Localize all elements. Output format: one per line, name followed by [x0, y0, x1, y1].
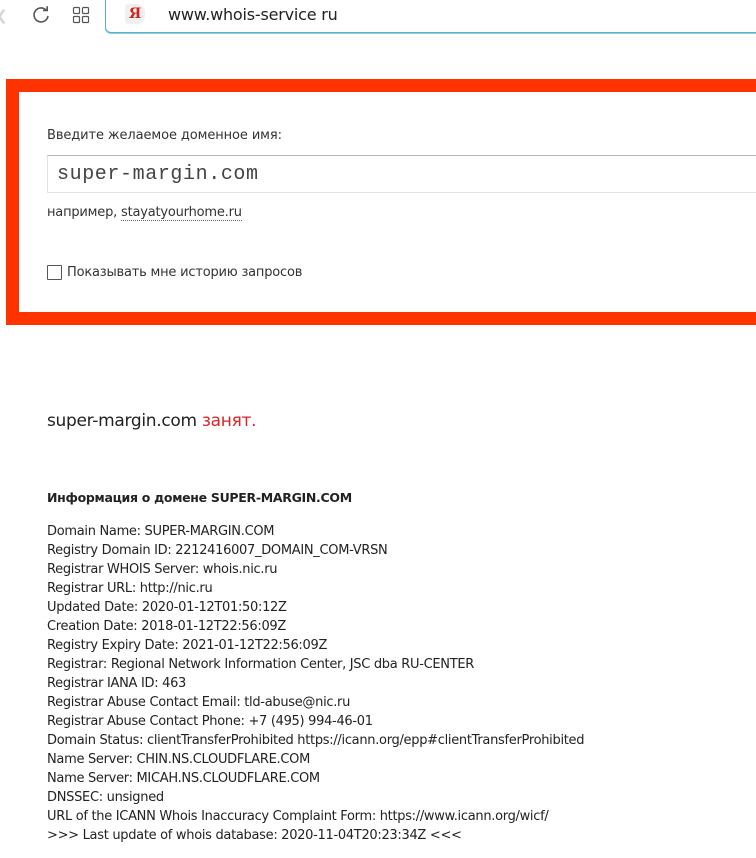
whois-record: Domain Name: SUPER-MARGIN.COMRegistry Do… [47, 522, 584, 845]
reload-icon[interactable] [31, 4, 51, 26]
tabs-grid-icon[interactable] [72, 6, 90, 24]
whois-line: Updated Date: 2020-01-12T01:50:12Z [47, 598, 584, 617]
domain-search-form [6, 79, 756, 325]
whois-line: Registry Expiry Date: 2021-01-12T22:56:0… [47, 636, 584, 655]
whois-line: DNSSEC: unsigned [47, 788, 584, 807]
availability-result: super-margin.com занят. [47, 411, 256, 431]
history-checkbox[interactable] [47, 265, 62, 280]
whois-line: Domain Status: clientTransferProhibited … [47, 731, 584, 750]
result-status: занят. [202, 411, 256, 431]
whois-line: Registry Domain ID: 2212416007_DOMAIN_CO… [47, 541, 584, 560]
whois-line: >>> Last update of whois database: 2020-… [47, 826, 584, 845]
whois-line: Registrar IANA ID: 463 [47, 674, 584, 693]
history-checkbox-label[interactable]: Показывать мне историю запросов [67, 265, 302, 280]
url-text[interactable]: www.whois-service ru [168, 5, 338, 25]
whois-line: URL of the ICANN Whois Inaccuracy Compla… [47, 807, 584, 826]
whois-line: Creation Date: 2018-01-12T22:56:09Z [47, 617, 584, 636]
whois-line: Name Server: MICAH.NS.CLOUDFLARE.COM [47, 769, 584, 788]
yandex-logo-icon: Я [125, 4, 145, 24]
example-prefix: например, [47, 205, 121, 220]
history-option[interactable]: Показывать мне историю запросов [47, 265, 302, 280]
back-arrow-icon[interactable]: ❮ [0, 6, 8, 26]
whois-line: Name Server: CHIN.NS.CLOUDFLARE.COM [47, 750, 584, 769]
domain-input-label: Введите желаемое доменное имя: [47, 128, 282, 143]
whois-line: Registrar: Regional Network Information … [47, 655, 584, 674]
whois-line: Domain Name: SUPER-MARGIN.COM [47, 522, 584, 541]
whois-line: Registrar Abuse Contact Phone: +7 (495) … [47, 712, 584, 731]
whois-line: Registrar URL: http://nic.ru [47, 579, 584, 598]
whois-line: Registrar Abuse Contact Email: tld-abuse… [47, 693, 584, 712]
address-bar[interactable]: Я www.whois-service ru [105, 0, 756, 33]
browser-toolbar: ❮ Я www.whois-service ru [0, 0, 756, 36]
example-domain-link[interactable]: stayatyourhome.ru [121, 205, 242, 221]
domain-input[interactable] [47, 155, 756, 193]
domain-info-heading: Информация о домене SUPER-MARGIN.COM [47, 490, 352, 505]
result-domain: super-margin.com [47, 411, 197, 431]
example-hint: например, stayatyourhome.ru [47, 205, 242, 220]
whois-line: Registrar WHOIS Server: whois.nic.ru [47, 560, 584, 579]
